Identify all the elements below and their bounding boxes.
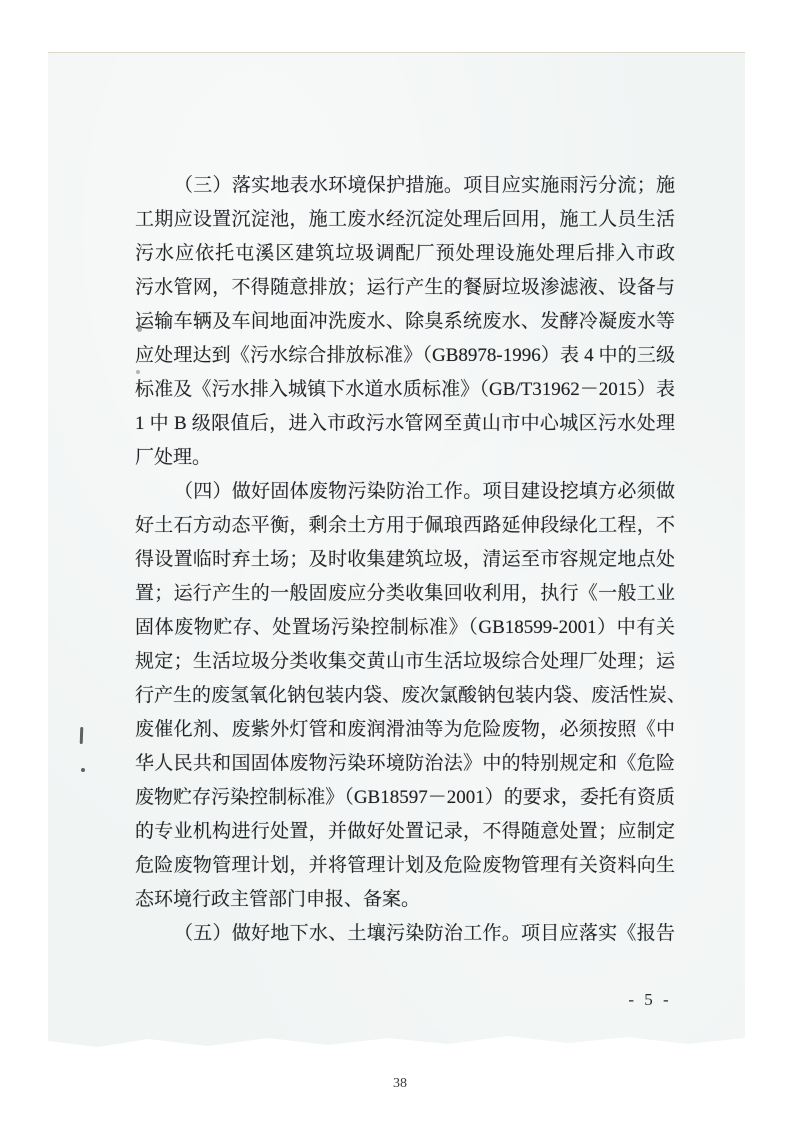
text-line: （五）做好地下水、土壤污染防治工作。项目应落实《报告	[135, 917, 675, 951]
document-body-text: （三）落实地表水环境保护措施。项目应实施雨污分流；施 工期应设置沉淀池，施工废水…	[135, 169, 675, 951]
text-line: 态环境行政主管部门申报、备案。	[135, 883, 675, 917]
paragraph-section-5: （五）做好地下水、土壤污染防治工作。项目应落实《报告	[135, 917, 675, 951]
text-line: 置；运行产生的一般固废应分类收集回收利用，执行《一般工业	[135, 577, 675, 611]
paragraph-section-4: （四）做好固体废物污染防治工作。项目建设挖填方必须做 好土石方动态平衡，剩余土方…	[135, 475, 675, 917]
text-line: 华人民共和国固体废物污染环境防治法》中的特别规定和《危险	[135, 747, 675, 781]
text-line: 标准及《污水排入城镇下水道水质标准》（GB/T31962－2015）表	[135, 373, 675, 407]
text-line: 规定；生活垃圾分类收集交黄山市生活垃圾综合处理厂处理；运	[135, 645, 675, 679]
text-line: 的专业机构进行处置，并做好处置记录，不得随意处置；应制定	[135, 815, 675, 849]
paragraph-section-3: （三）落实地表水环境保护措施。项目应实施雨污分流；施 工期应设置沉淀池，施工废水…	[135, 169, 675, 475]
page-number: - 5 -	[615, 990, 685, 1010]
text-line: 污水应依托屯溪区建筑垃圾调配厂预处理设施处理后排入市政	[135, 237, 675, 271]
text-line: 厂处理。	[135, 441, 675, 475]
text-line: 工期应设置沉淀池，施工废水经沉淀处理后回用，施工人员生活	[135, 203, 675, 237]
text-line: 污水管网，不得随意排放；运行产生的餐厨垃圾渗滤液、设备与	[135, 271, 675, 305]
text-line: 应处理达到《污水综合排放标准》（GB8978-1996）表 4 中的三级	[135, 339, 675, 373]
text-line: 好土石方动态平衡，剩余土方用于佩琅西路延伸段绿化工程，不	[135, 509, 675, 543]
text-line: （四）做好固体废物污染防治工作。项目建设挖填方必须做	[135, 475, 675, 509]
text-line: 1 中 B 级限值后，进入市政污水管网至黄山市中心城区污水处理	[135, 407, 675, 441]
text-line: 废催化剂、废紫外灯管和废润滑油等为危险废物，必须按照《中	[135, 713, 675, 747]
text-line: 固体废物贮存、处置场污染控制标准》（GB18599-2001）中有关	[135, 611, 675, 645]
text-line: 危险废物管理计划，并将管理计划及危险废物管理有关资料向生	[135, 849, 675, 883]
scan-sheet-number: 38	[370, 1076, 430, 1092]
scan-artifact-dot	[81, 768, 85, 772]
text-line: 行产生的废氢氧化钠包装内袋、废次氯酸钠包装内袋、废活性炭、	[135, 679, 675, 713]
scan-artifact-dash	[80, 727, 84, 744]
text-line: 废物贮存污染控制标准》（GB18597－2001）的要求，委托有资质	[135, 781, 675, 815]
text-line: 得设置临时弃土场；及时收集建筑垃圾，清运至市容规定地点处	[135, 543, 675, 577]
text-line: 运输车辆及车间地面冲洗废水、除臭系统废水、发酵冷凝废水等	[135, 305, 675, 339]
text-line: （三）落实地表水环境保护措施。项目应实施雨污分流；施	[135, 169, 675, 203]
